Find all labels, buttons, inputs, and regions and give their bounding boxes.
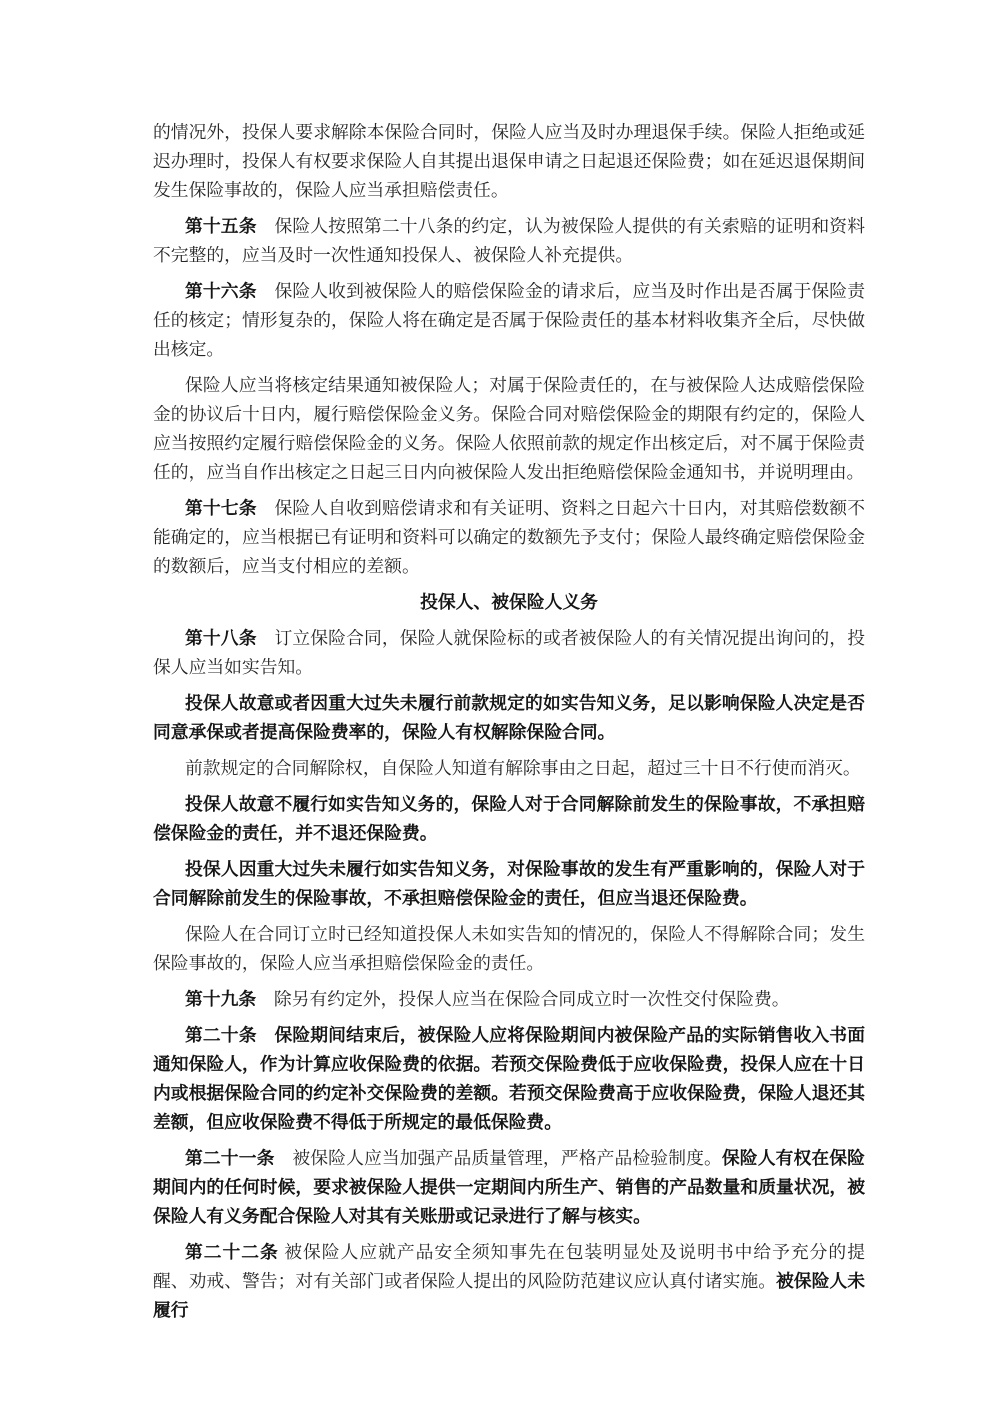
article-15: 第十五条 保险人按照第二十八条的约定，认为被保险人提供的有关索赔的证明和资料不完… [153,212,865,270]
article-18-clause-3: 前款规定的合同解除权，自保险人知道有解除事由之日起，超过三十日不行使而消灭。 [153,754,865,783]
text-run: 保险人收到被保险人的赔偿保险金的请求后，应当及时作出是否属于保险责任的核定；情形… [153,281,865,359]
article-19: 第十九条 除另有约定外，投保人应当在保险合同成立时一次性交付保险费。 [153,985,865,1014]
text-run: 保险人自收到赔偿请求和有关证明、资料之日起六十日内，对其赔偿数额不能确定的，应当… [153,498,865,576]
article-number: 第十五条 [185,216,257,236]
text-run: 保险人应当将核定结果通知被保险人；对属于保险责任的，在与被保险人达成赔偿保险金的… [153,375,865,482]
article-21: 第二十一条 被保险人应当加强产品质量管理，严格产品检验制度。保险人有权在保险期间… [153,1144,865,1231]
text-run: 的情况外，投保人要求解除本保险合同时，保险人应当及时办理退保手续。保险人拒绝或延… [153,122,865,200]
document-page: 的情况外，投保人要求解除本保险合同时，保险人应当及时办理退保手续。保险人拒绝或延… [153,118,865,1332]
text-run: 保险期间结束后，被保险人应将保险期间内被保险产品的实际销售收入书面通知保险人，作… [153,1025,865,1132]
article-18: 第十八条 订立保险合同，保险人就保险标的或者被保险人的有关情况提出询问的，投保人… [153,624,865,682]
text-run: 保险人在合同订立时已经知道投保人未如实告知的情况的，保险人不得解除合同；发生保险… [153,924,865,973]
text-run: 被保险人应当加强产品质量管理，严格产品检验制度。 [274,1148,721,1168]
article-number: 第十八条 [185,628,257,648]
article-18-clause-2: 投保人故意或者因重大过失未履行前款规定的如实告知义务，足以影响保险人决定是否同意… [153,689,865,747]
section-heading: 投保人、被保险人义务 [153,588,865,617]
article-22: 第二十二条 被保险人应就产品安全须知事先在包装明显处及说明书中给予充分的提醒、劝… [153,1238,865,1325]
article-number: 第二十一条 [185,1148,274,1168]
text-run: 保险人按照第二十八条的约定，认为被保险人提供的有关索赔的证明和资料不完整的，应当… [153,216,865,265]
article-number: 第十九条 [185,989,256,1009]
paragraph-continuation: 的情况外，投保人要求解除本保险合同时，保险人应当及时办理退保手续。保险人拒绝或延… [153,118,865,205]
text-run: 除另有约定外，投保人应当在保险合同成立时一次性交付保险费。 [256,989,789,1009]
article-number: 第二十二条 [185,1242,279,1262]
article-number: 第十六条 [185,281,257,301]
article-number: 第二十条 [185,1025,257,1045]
article-18-clause-4: 投保人故意不履行如实告知义务的，保险人对于合同解除前发生的保险事故，不承担赔偿保… [153,790,865,848]
text-run: 前款规定的合同解除权，自保险人知道有解除事由之日起，超过三十日不行使而消灭。 [185,758,861,778]
article-number: 第十七条 [185,498,257,518]
article-16: 第十六条 保险人收到被保险人的赔偿保险金的请求后，应当及时作出是否属于保险责任的… [153,277,865,364]
text-run: 投保人故意不履行如实告知义务的，保险人对于合同解除前发生的保险事故，不承担赔偿保… [153,794,865,843]
article-16-clause-2: 保险人应当将核定结果通知被保险人；对属于保险责任的，在与被保险人达成赔偿保险金的… [153,371,865,487]
text-run: 投保人故意或者因重大过失未履行前款规定的如实告知义务，足以影响保险人决定是否同意… [153,693,865,742]
article-18-clause-6: 保险人在合同订立时已经知道投保人未如实告知的情况的，保险人不得解除合同；发生保险… [153,920,865,978]
article-17: 第十七条 保险人自收到赔偿请求和有关证明、资料之日起六十日内，对其赔偿数额不能确… [153,494,865,581]
text-run: 投保人因重大过失未履行如实告知义务，对保险事故的发生有严重影响的，保险人对于合同… [153,859,865,908]
text-run: 订立保险合同，保险人就保险标的或者被保险人的有关情况提出询问的，投保人应当如实告… [153,628,865,677]
article-20: 第二十条 保险期间结束后，被保险人应将保险期间内被保险产品的实际销售收入书面通知… [153,1021,865,1137]
article-18-clause-5: 投保人因重大过失未履行如实告知义务，对保险事故的发生有严重影响的，保险人对于合同… [153,855,865,913]
